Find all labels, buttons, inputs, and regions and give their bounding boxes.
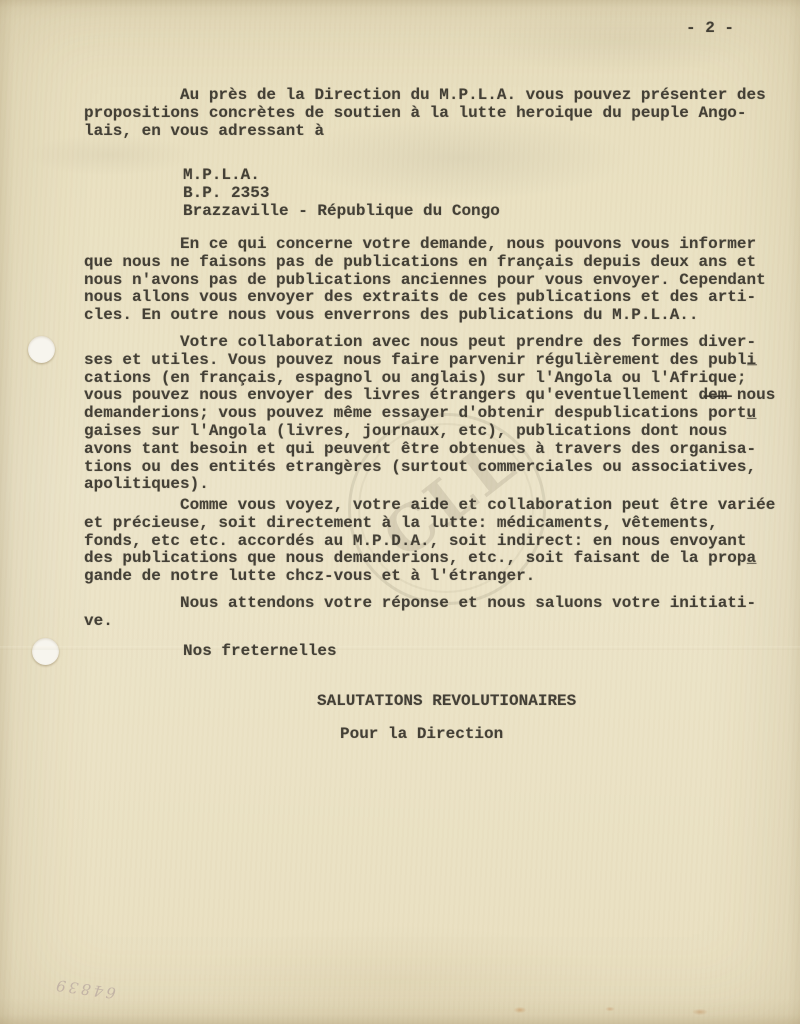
paragraph-collaboration: Votre collaboration avec nous peut prend… bbox=[84, 334, 796, 494]
address-block: M.P.L.A. B.P. 2353 Brazzaville - Républi… bbox=[183, 167, 683, 220]
fold-crease bbox=[0, 646, 800, 650]
closing-line: Nos freternelles bbox=[183, 643, 337, 661]
paragraph-intro: Au près de la Direction du M.P.L.A. vous… bbox=[84, 87, 796, 140]
paragraph-reponse: Nous attendons votre réponse et nous sal… bbox=[84, 595, 796, 631]
paragraph-publications: En ce qui concerne votre demande, nous p… bbox=[84, 236, 796, 325]
punch-hole-top bbox=[28, 336, 55, 363]
page-number: - 2 - bbox=[686, 20, 734, 38]
punch-hole-bottom bbox=[32, 638, 59, 665]
letter-page: CLL - 2 - Au près de la Direction du M.P… bbox=[0, 0, 800, 1024]
pencil-archive-mark: 64839 bbox=[25, 972, 117, 1002]
salutation-line: SALUTATIONS REVOLUTIONAIRES bbox=[317, 693, 576, 711]
paragraph-aide: Comme vous voyez, votre aide et collabor… bbox=[84, 497, 796, 586]
signature-line: Pour la Direction bbox=[340, 726, 503, 744]
